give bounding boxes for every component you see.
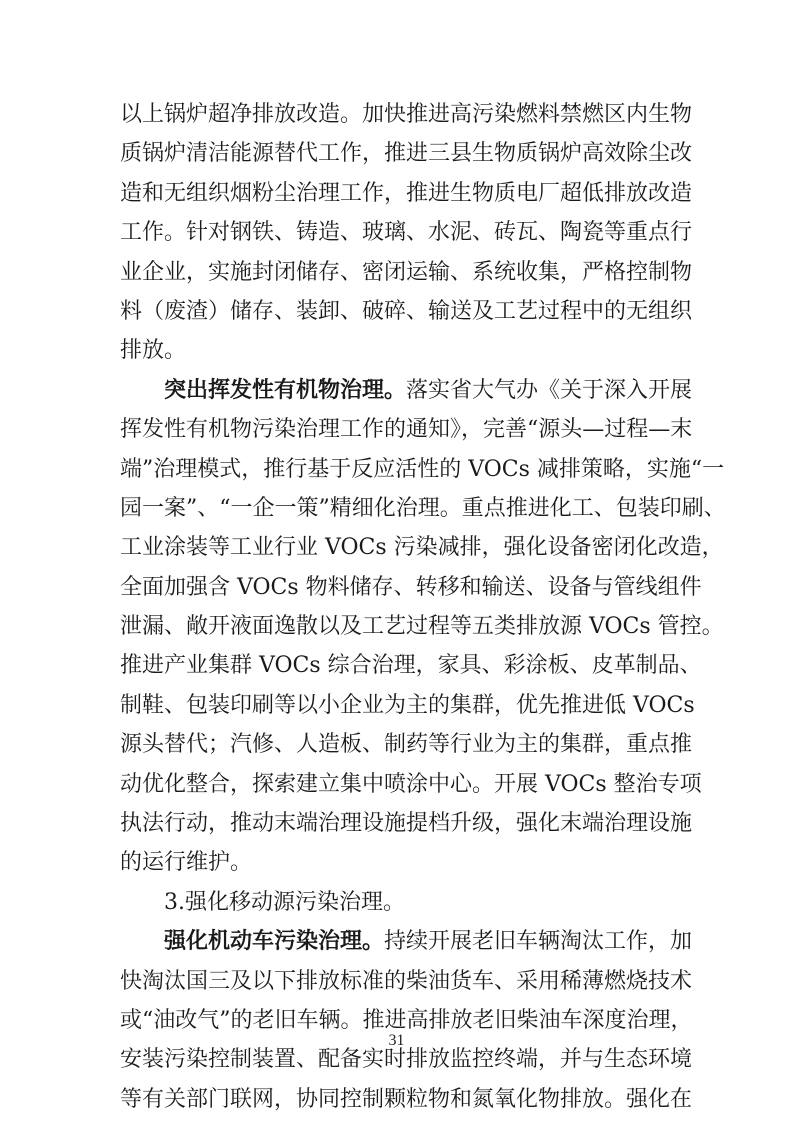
text-line: 造和无组织烟粉尘治理工作，推进生物质电厂超低排放改造 xyxy=(120,174,676,213)
text-line: 等有关部门联网，协同控制颗粒物和氮氧化物排放。强化在 xyxy=(120,1080,676,1119)
text-line: 制鞋、包装印刷等以小企业为主的集群，优先推进低 VOCs xyxy=(120,686,676,725)
text-line: 的运行维护。 xyxy=(120,843,676,882)
page-number: 31 xyxy=(0,1032,793,1050)
text-line: 挥发性有机物污染治理工作的通知》，完善“源头—过程—末 xyxy=(120,410,676,449)
text-line: 业企业，实施封闭储存、密闭运输、系统收集，严格控制物 xyxy=(120,253,676,292)
text-line: 推进产业集群 VOCs 综合治理，家具、彩涂板、皮革制品、 xyxy=(120,646,676,685)
text-line: 质锅炉清洁能源替代工作，推进三县生物质锅炉高效除尘改 xyxy=(120,134,676,173)
text-run: 落实省大气办《关于深入开展 xyxy=(406,378,692,403)
text-line: 动优化整合，探索建立集中喷涂中心。开展 VOCs 整治专项 xyxy=(120,765,676,804)
paragraph-heading: 突出挥发性有机物治理。 xyxy=(164,377,406,403)
document-page: 以上锅炉超净排放改造。加快推进高污染燃料禁燃区内生物 质锅炉清洁能源替代工作，推… xyxy=(120,95,676,1119)
text-run: 持续开展老旧车辆淘汰工作，加 xyxy=(384,929,692,954)
text-line: 泄漏、敞开液面逸散以及工艺过程等五类排放源 VOCs 管控。 xyxy=(120,607,676,646)
text-line: 端”治理模式，推行基于反应活性的 VOCs 减排策略，实施“一 xyxy=(120,450,676,489)
text-line: 突出挥发性有机物治理。落实省大气办《关于深入开展 xyxy=(120,371,676,410)
text-line: 园一案”、“一企一策”精细化治理。重点推进化工、包装印刷、 xyxy=(120,489,676,528)
text-line: 工业涂装等工业行业 VOCs 污染减排，强化设备密闭化改造， xyxy=(120,528,676,567)
text-line: 以上锅炉超净排放改造。加快推进高污染燃料禁燃区内生物 xyxy=(120,95,676,134)
text-line: 强化机动车污染治理。持续开展老旧车辆淘汰工作，加 xyxy=(120,922,676,961)
paragraph-vocs-treatment: 突出挥发性有机物治理。落实省大气办《关于深入开展 挥发性有机物污染治理工作的通知… xyxy=(120,371,676,883)
text-line: 执法行动，推动末端治理设施提档升级，强化末端治理设施 xyxy=(120,804,676,843)
text-line: 工作。针对钢铁、铸造、玻璃、水泥、砖瓦、陶瓷等重点行 xyxy=(120,213,676,252)
text-line: 快淘汰国三及以下排放标准的柴油货车、采用稀薄燃烧技术 xyxy=(120,962,676,1001)
text-line: 源头替代；汽修、人造板、制药等行业为主的集群，重点推 xyxy=(120,725,676,764)
paragraph-heading: 强化机动车污染治理。 xyxy=(164,928,384,954)
text-line: 全面加强含 VOCs 物料储存、转移和输送、设备与管线组件 xyxy=(120,568,676,607)
text-line: 排放。 xyxy=(120,331,676,370)
text-line: 料（废渣）储存、装卸、破碎、输送及工艺过程中的无组织 xyxy=(120,292,676,331)
paragraph-boiler-emissions: 以上锅炉超净排放改造。加快推进高污染燃料禁燃区内生物 质锅炉清洁能源替代工作，推… xyxy=(120,95,676,371)
paragraph-vehicle-pollution: 强化机动车污染治理。持续开展老旧车辆淘汰工作，加 快淘汰国三及以下排放标准的柴油… xyxy=(120,922,676,1119)
section-title: 3.强化移动源污染治理。 xyxy=(120,883,676,922)
